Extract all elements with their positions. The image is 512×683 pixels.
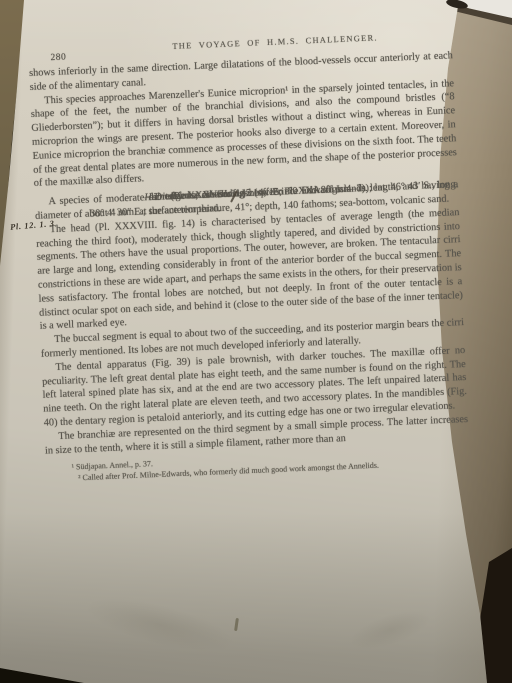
- book-page-photo: 280 THE VOYAGE OF H.M.S. CHALLENGER. sho…: [0, 0, 512, 683]
- body-paragraph: The head (Pl. XXXVIII. fig. 14) is chara…: [35, 206, 463, 334]
- body-paragraph: This species approaches Marenzeller's Eu…: [30, 77, 458, 191]
- page-text-block: 280 THE VOYAGE OF H.M.S. CHALLENGER. sho…: [28, 28, 470, 485]
